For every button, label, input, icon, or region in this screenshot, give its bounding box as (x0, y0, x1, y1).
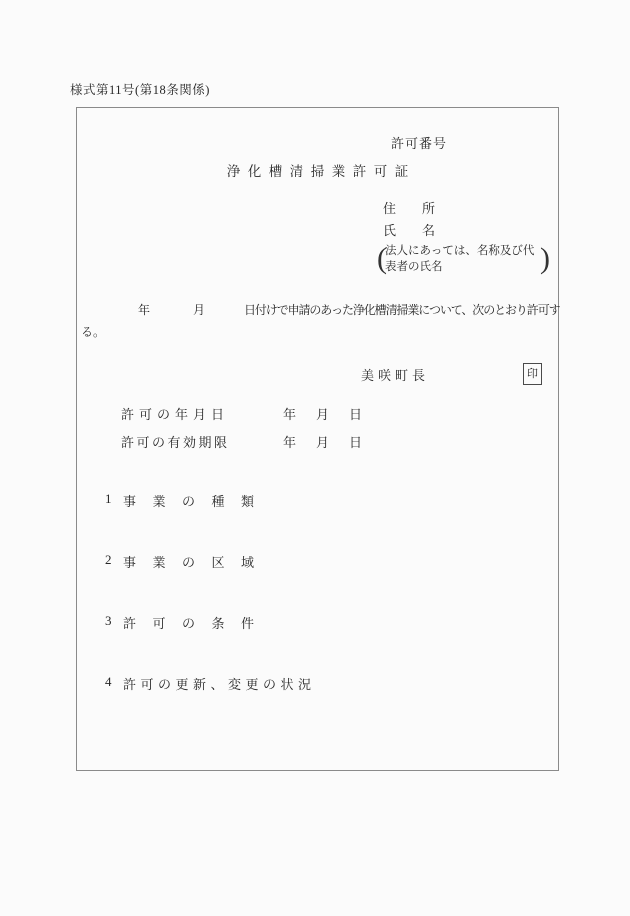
item-label: 許可の条件 (123, 613, 271, 632)
body-text-rest: 日付けで申請のあった浄化槽清掃業について、次のとおり許可す (244, 301, 560, 318)
year-label: 年 (283, 404, 316, 423)
permit-date-row: 許可の年月日 年 月 日 (121, 404, 382, 423)
field-label: 許可の年月日 (121, 404, 283, 423)
numbered-item-permit-conditions: 3 許可の条件 (105, 613, 271, 632)
corporate-note-line1: 法人にあっては、名称及び代 (385, 244, 557, 260)
seal-box: 印 (523, 363, 542, 385)
field-label: 許可の有効期限 (121, 432, 283, 451)
paren-open: ( (377, 242, 387, 276)
mayor-signature: 美咲町長 (361, 365, 429, 384)
body-text-line1: 年 月 日付けで申請のあった浄化槽清掃業について、次のとおり許可す (138, 301, 560, 318)
document-title: 浄化槽清掃業許可証 (77, 160, 558, 180)
item-label: 許可の更新、変更の状況 (123, 674, 316, 693)
month-blank-label: 月 (193, 301, 244, 318)
numbered-item-business-type: 1 事業の種類 (105, 491, 271, 510)
permit-certificate-box: 許可番号 浄化槽清掃業許可証 住 所 氏 名 ( 法人にあっては、名称及び代 表… (76, 107, 559, 771)
item-label: 事業の種類 (123, 491, 271, 510)
item-number: 3 (105, 613, 123, 632)
month-label: 月 (316, 432, 349, 451)
item-number: 1 (105, 491, 123, 510)
body-text-line2: る。 (81, 323, 105, 340)
day-label: 日 (349, 404, 382, 423)
address-label: 住 所 (383, 198, 435, 217)
seal-mark: 印 (527, 368, 538, 380)
numbered-item-business-area: 2 事業の区域 (105, 552, 271, 571)
permit-number-label: 許可番号 (391, 133, 447, 152)
numbered-item-renewal-status: 4 許可の更新、変更の状況 (105, 674, 316, 693)
day-label: 日 (349, 432, 382, 451)
corporate-note-line2: 表者の氏名 (385, 260, 557, 276)
paren-close: ) (540, 242, 550, 276)
month-label: 月 (316, 404, 349, 423)
item-number: 4 (105, 674, 123, 693)
expiry-date-row: 許可の有効期限 年 月 日 (121, 432, 382, 451)
item-label: 事業の区域 (123, 552, 271, 571)
corporate-note: ( 法人にあっては、名称及び代 表者の氏名 ) (377, 244, 557, 275)
corporate-note-text: 法人にあっては、名称及び代 表者の氏名 (385, 244, 557, 275)
item-number: 2 (105, 552, 123, 571)
year-label: 年 (283, 432, 316, 451)
form-number-label: 様式第11号(第18条関係) (70, 80, 210, 98)
name-label: 氏 名 (383, 220, 435, 239)
year-blank-label: 年 (138, 301, 193, 318)
